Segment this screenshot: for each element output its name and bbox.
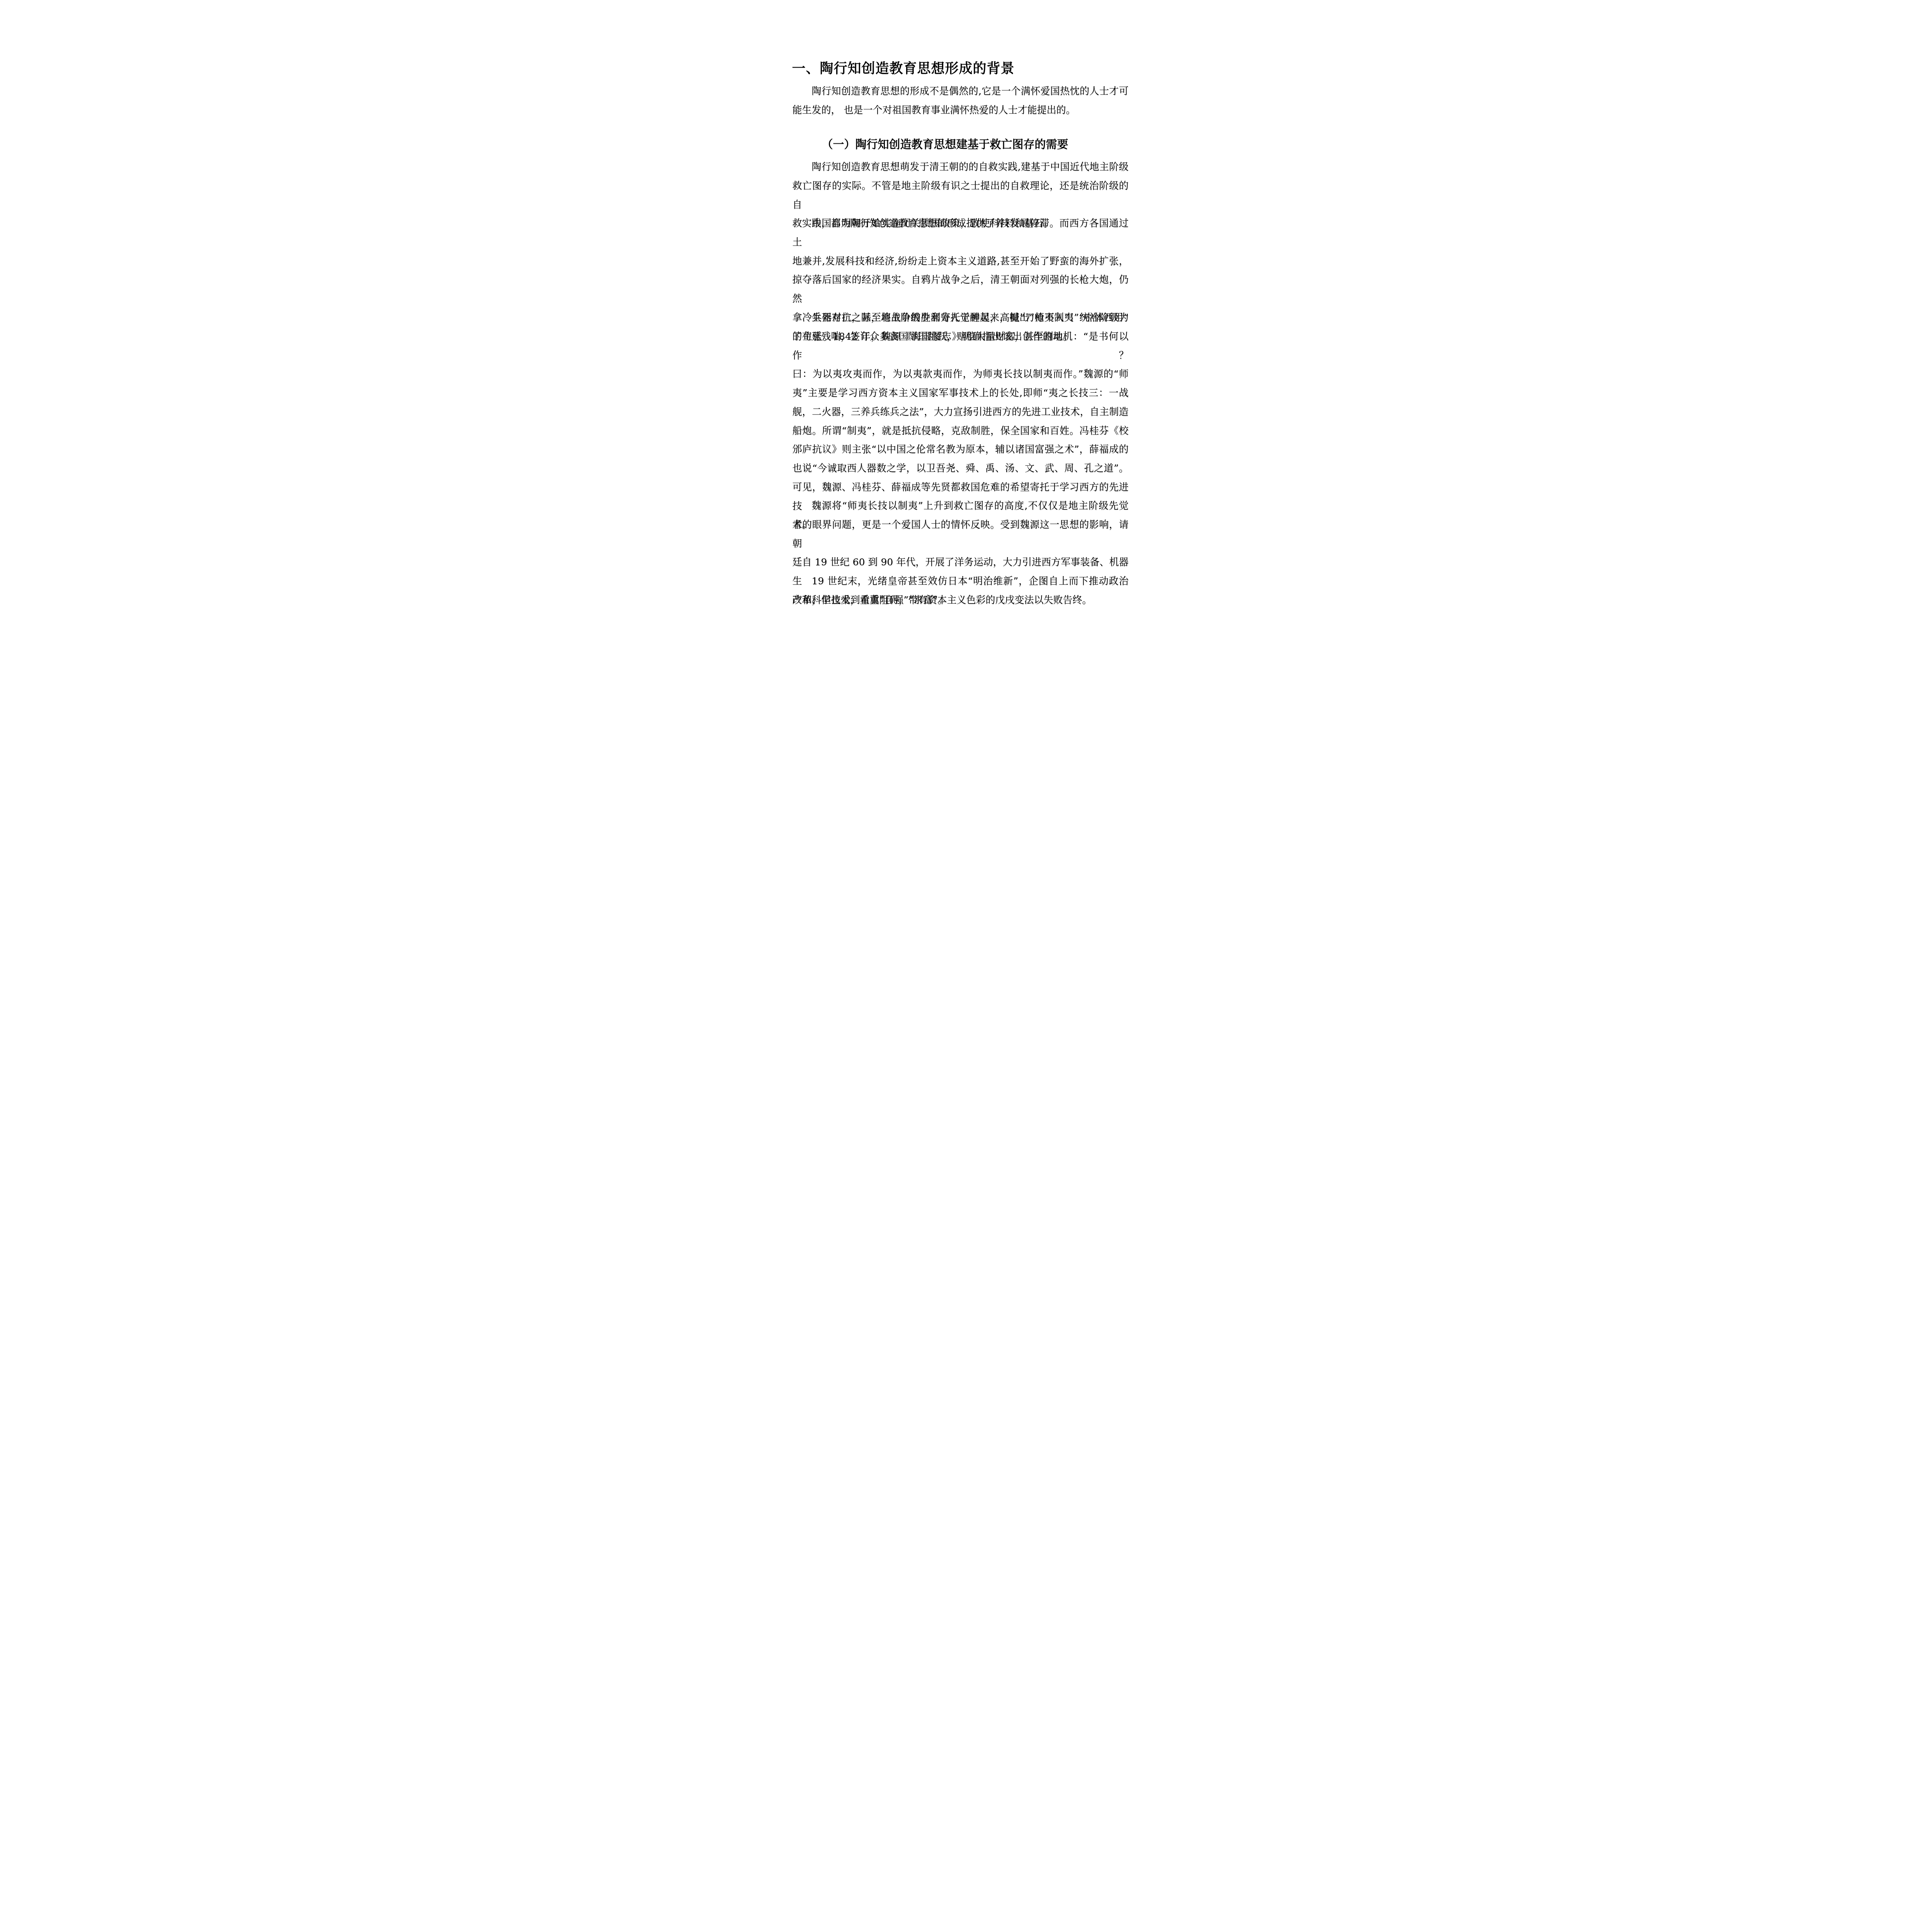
paragraph-reform: 19 世纪末，光绪皇帝甚至效仿日本“明治维新”，企图自上而下推动政治 改革，但也… [793, 572, 1129, 610]
text-line: 救亡图存的实际。不管是地主阶级有识之士提出的自救理论，还是统治阶级的自 [793, 177, 1129, 214]
document-page: 一、陶行知创造教育思想形成的背景 陶行知创造教育思想的形成不是偶然的,它是一个满… [719, 0, 1198, 678]
paragraph-intro: 陶行知创造教育思想的形成不是偶然的,它是一个满怀爱国热忱的人士才可 能生发的， … [793, 82, 1129, 120]
sub-heading: （一）陶行知创造教育思想建基于救亡图存的需要 [822, 138, 1068, 151]
main-heading: 一、陶行知创造教育思想形成的背景 [792, 61, 1015, 77]
text-line: 舰，二火器，三养兵练兵之法”，大力宣扬引进西方的先进工业技术，自主制造 [793, 403, 1129, 422]
text-line: 也说“今诚取西人器数之学，以卫吾尧、舜、禹、汤、文、武、周、孔之道”。 [793, 459, 1129, 478]
text-line: 陶行知创造教育思想萌发于清王朝的的自救实践,建基于中国近代地主阶级 [793, 158, 1129, 177]
text-line: 中国自明朝开始实施闭关锁国政策，致使科技发展停滞。而西方各国通过土 [793, 214, 1129, 252]
text-line: 者的眼界问题，更是一个爱国人士的情怀反映。受到魏源这一思想的影响，请朝 [793, 515, 1129, 553]
text-line: 能生发的， 也是一个对祖国教育事业满怀热爱的人士才能提出的。 [793, 101, 1129, 120]
text-line: 夷”主要是学习西方资本主义国家军事技术上的长处,即师“夷之长技三：一战 [793, 384, 1129, 403]
text-line: 陶行知创造教育思想的形成不是偶然的,它是一个满怀爱国热忱的人士才可 [793, 82, 1129, 101]
text-line: 地兼并,发展科技和经济,纷纷走上资本主义道路,甚至开始了野蛮的海外扩张， [793, 252, 1129, 271]
text-line: 邠庐抗议》则主张“以中国之伦常名教为原本，辅以诸国富强之术”，薛福成的 [793, 440, 1129, 459]
text-line: 船炮。所谓“制夷”，就是抵抗侵略，克敌制胜，保全国家和百姓。冯桂芬《校 [793, 422, 1129, 440]
text-line: 生死存亡之际，地主阶级少部分人觉醒起来，提出“师夷制夷”“中体西用” [793, 308, 1129, 327]
text-line: 曰：为以夷攻夷而作，为以夷款夷而作，为师夷长技以制夷而作。”魏源的“师 [793, 365, 1129, 384]
text-line: 魏源将“师夷长技以制夷”上升到救亡图存的高度,不仅仅是地主阶级先觉 [793, 497, 1129, 515]
text-line: 的主张。1842 年，魏源《海国图志》明确指出该出创作的动机：“是书何以作？ [793, 327, 1129, 365]
text-line: 19 世纪末，光绪皇帝甚至效仿日本“明治维新”，企图自上而下推动政治 [793, 572, 1129, 591]
text-line: 掠夺落后国家的经济果实。自鸦片战争之后，清王朝面对列强的长枪大炮，仍然 [793, 270, 1129, 308]
text-line: 改革，但也受到重重阻碍，带有资本主义色彩的戊戌变法以失败告终。 [793, 591, 1129, 610]
